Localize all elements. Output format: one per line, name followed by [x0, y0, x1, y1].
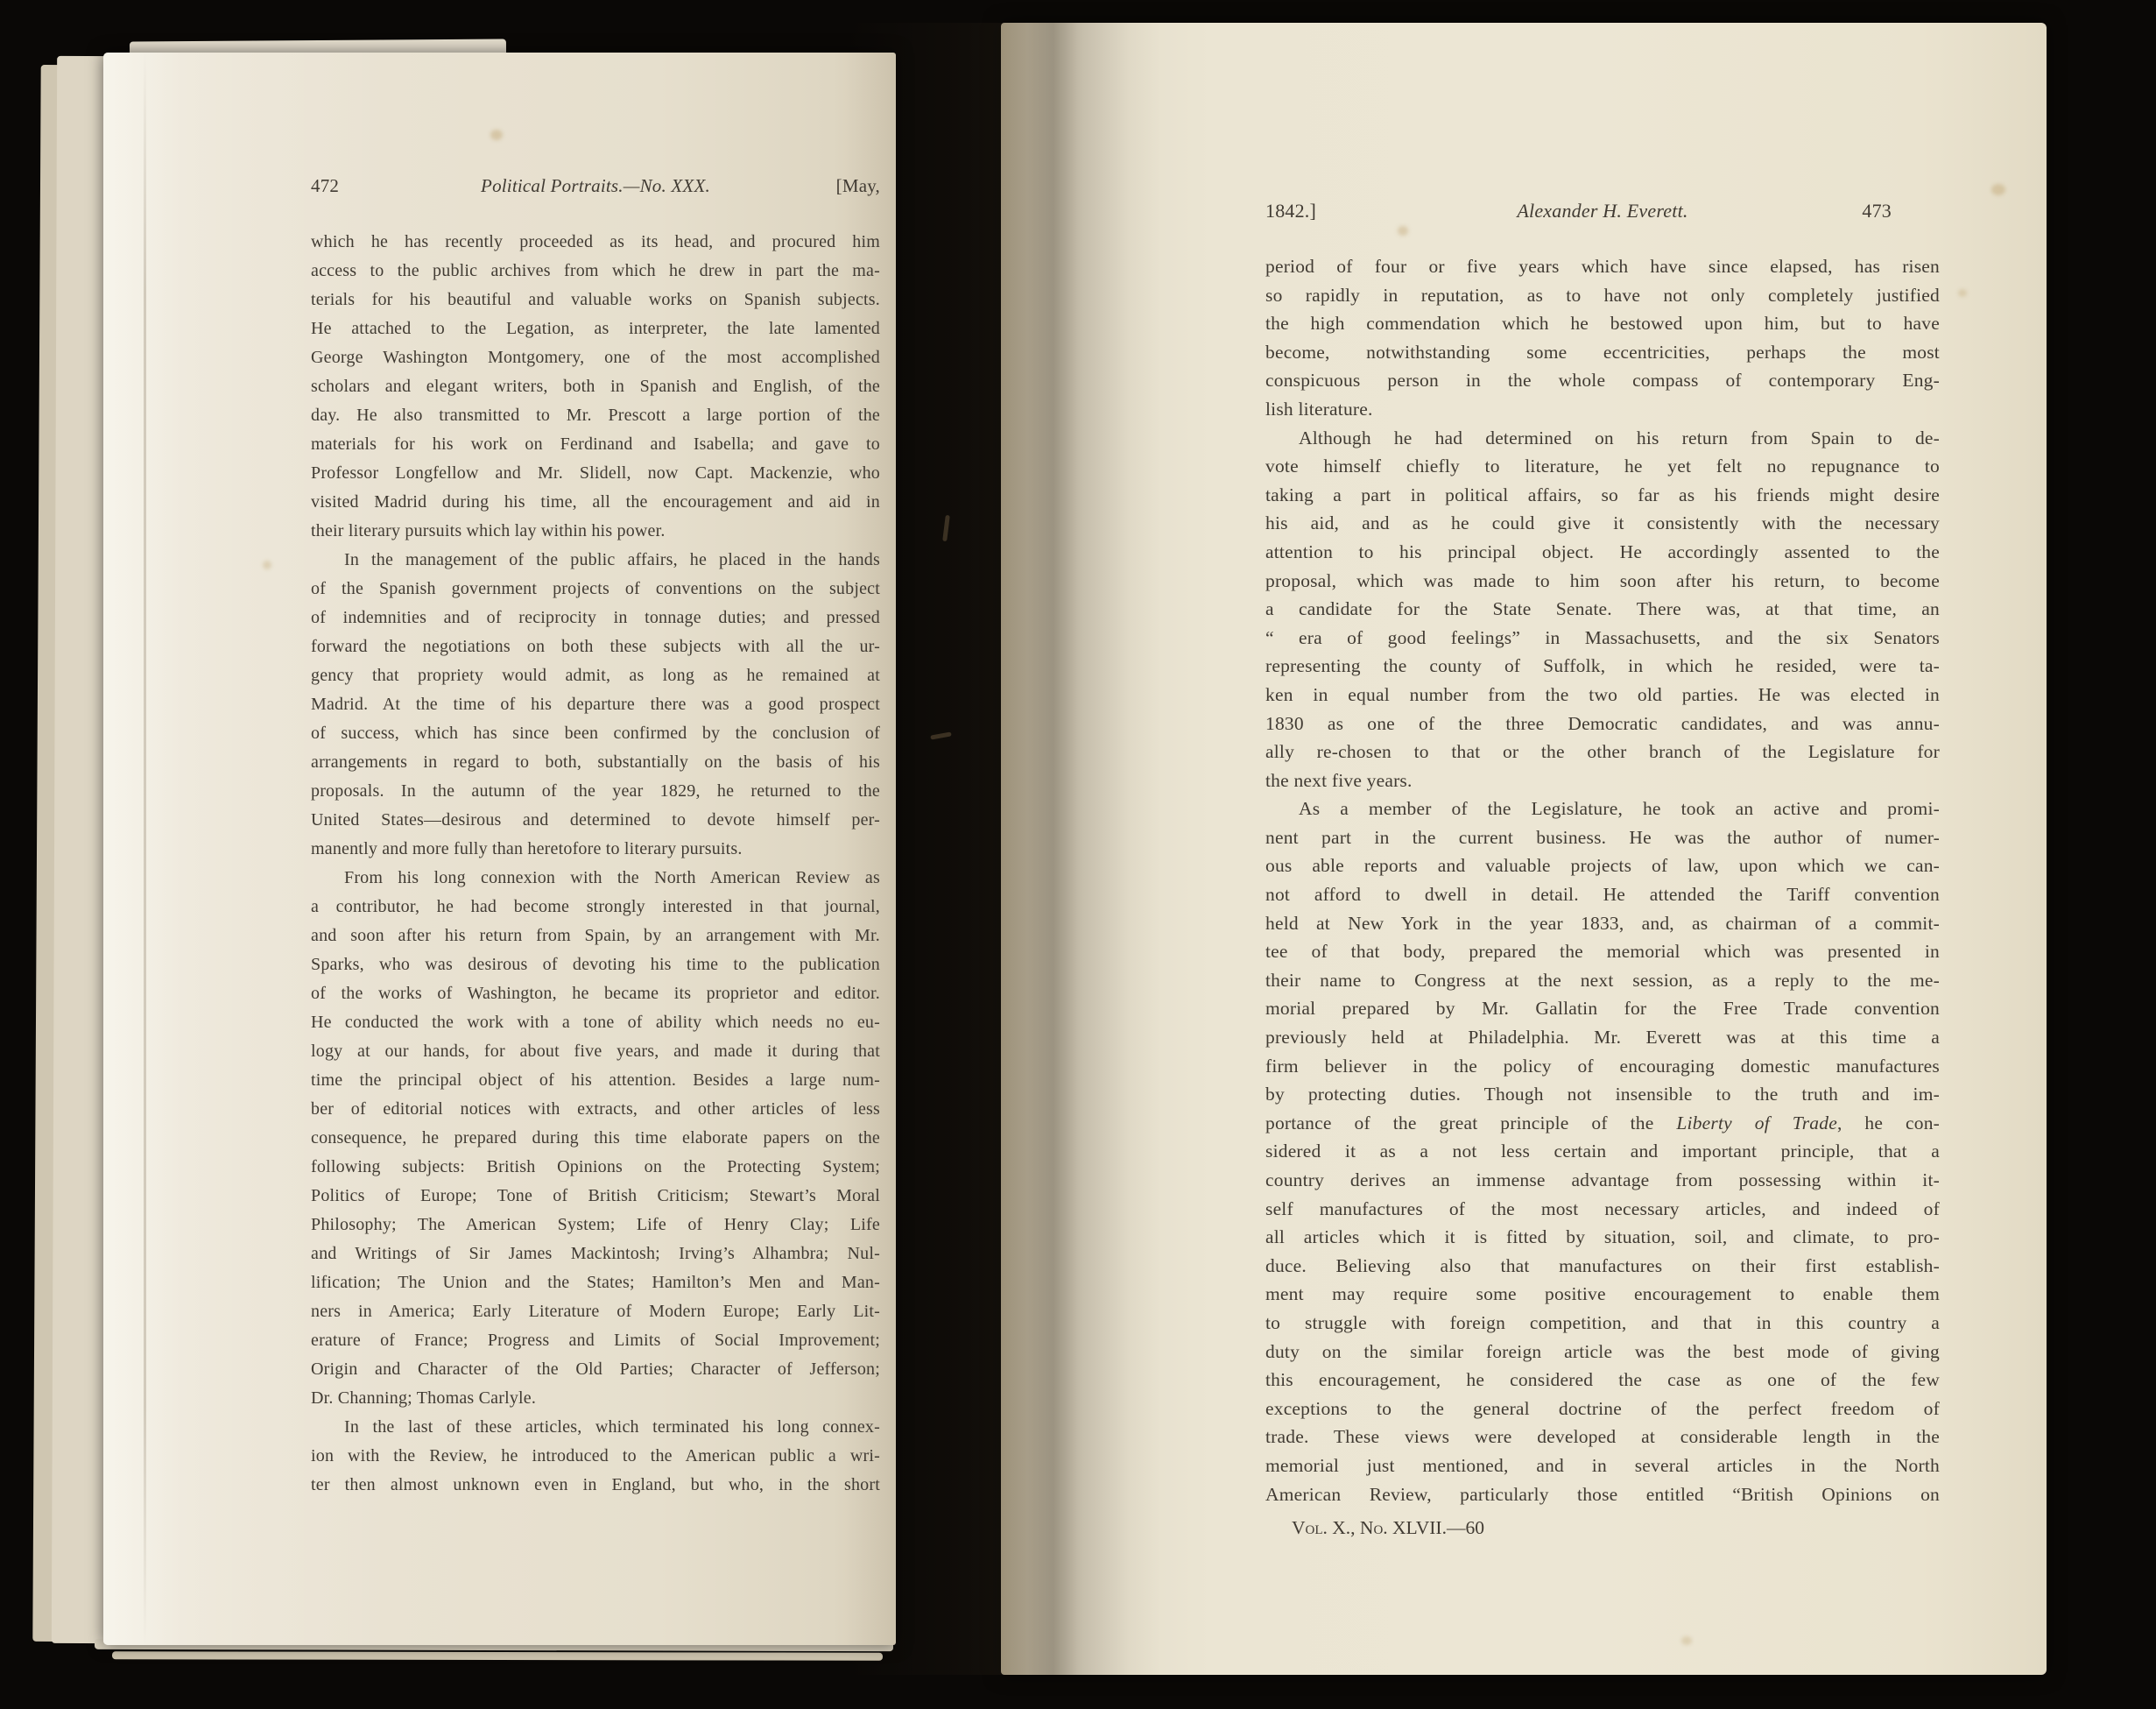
text-line: Madrid. At the time of his departure the…: [311, 690, 880, 719]
binding-stitch: [942, 515, 950, 541]
text-line: time the principal object of his attenti…: [311, 1066, 880, 1095]
text-line: Sparks, who was desirous of devoting his…: [311, 950, 880, 979]
left-date-mark: [May,: [836, 175, 880, 197]
text-line: erature of France; Progress and Limits o…: [311, 1326, 880, 1355]
text-line: a contributor, he had become strongly in…: [311, 893, 880, 922]
text-line: proposal, which was made to him soon aft…: [1265, 567, 1940, 596]
text-line: manently and more fully than heretofore …: [311, 835, 880, 864]
text-line: consequence, he prepared during this tim…: [311, 1124, 880, 1153]
text-line: ous able reports and valuable projects o…: [1265, 851, 1940, 880]
text-line: their literary pursuits which lay within…: [311, 517, 880, 546]
binding-stitch: [930, 731, 952, 739]
text-line: portance of the great principle of the L…: [1265, 1109, 1940, 1138]
text-line: a candidate for the State Senate. There …: [1265, 595, 1940, 624]
text-line: representing the county of Suffolk, in w…: [1265, 652, 1940, 681]
text-line: day. He also transmitted to Mr. Prescott…: [311, 401, 880, 430]
text-line: George Washington Montgomery, one of the…: [311, 343, 880, 372]
text-line: ter then almost unknown even in England,…: [311, 1471, 880, 1500]
text-line: duty on the similar foreign article was …: [1265, 1338, 1940, 1366]
left-page: 472 Political Portraits.—No. XXX. [May, …: [103, 53, 896, 1645]
text-line: of indemnities and of reciprocity in ton…: [311, 604, 880, 632]
text-line: materials for his work on Ferdinand and …: [311, 430, 880, 459]
text-line: logy at our hands, for about five years,…: [311, 1037, 880, 1066]
text-line: Politics of Europe; Tone of British Crit…: [311, 1182, 880, 1211]
text-line: As a member of the Legislature, he took …: [1265, 794, 1940, 823]
text-line: forward the negotiations on both these s…: [311, 632, 880, 661]
text-line: ment may require some positive encourage…: [1265, 1280, 1940, 1309]
text-line: memorial just mentioned, and in several …: [1265, 1451, 1940, 1480]
text-line: ken in equal number from the two old par…: [1265, 681, 1940, 710]
text-line: exceptions to the general doctrine of th…: [1265, 1395, 1940, 1423]
text-line: and soon after his return from Spain, by…: [311, 922, 880, 950]
text-line: In the last of these articles, which ter…: [311, 1413, 880, 1442]
volume-footer-text: Vol. X., No. XLVII.—60: [1292, 1517, 1484, 1538]
text-line: of the Spanish government projects of co…: [311, 575, 880, 604]
text-line: American Review, particularly those enti…: [1265, 1480, 1940, 1509]
text-line: From his long connexion with the North A…: [311, 864, 880, 893]
text-line: He conducted the work with a tone of abi…: [311, 1008, 880, 1037]
text-line: conspicuous person in the whole compass …: [1265, 366, 1940, 395]
text-line: to struggle with foreign competition, an…: [1265, 1309, 1940, 1338]
right-page-number: 473: [1862, 200, 1892, 222]
text-line: of success, which has since been confirm…: [311, 719, 880, 748]
right-running-title: Alexander H. Everett.: [1265, 200, 1940, 222]
text-line: Dr. Channing; Thomas Carlyle.: [311, 1384, 880, 1413]
text-line: the high commendation which he bestowed …: [1265, 309, 1940, 338]
text-line: duce. Believing also that manufactures o…: [1265, 1252, 1940, 1281]
text-line: “ era of good feelings” in Massachusetts…: [1265, 624, 1940, 653]
left-page-body: which he has recently proceeded as its h…: [311, 228, 880, 1515]
text-line: Philosophy; The American System; Life of…: [311, 1211, 880, 1239]
text-line: which he has recently proceeded as its h…: [311, 228, 880, 257]
left-running-title: Political Portraits.—No. XXX.: [311, 175, 880, 197]
text-line: held at New York in the year 1833, and, …: [1265, 909, 1940, 938]
text-line: vote himself chiefly to literature, he y…: [1265, 452, 1940, 481]
text-line: so rapidly in reputation, as to have not…: [1265, 281, 1940, 310]
text-line: become, notwithstanding some eccentricit…: [1265, 338, 1940, 367]
text-line: taking a part in political affairs, so f…: [1265, 481, 1940, 510]
text-line: terials for his beautiful and valuable w…: [311, 286, 880, 314]
text-line: Although he had determined on his return…: [1265, 424, 1940, 453]
text-line: trade. These views were developed at con…: [1265, 1423, 1940, 1451]
book-scan: 472 Political Portraits.—No. XXX. [May, …: [0, 0, 2156, 1709]
right-page: 1842.] Alexander H. Everett. 473 period …: [1001, 23, 2047, 1675]
text-line: following subjects: British Opinions on …: [311, 1153, 880, 1182]
text-line: access to the public archives from which…: [311, 257, 880, 286]
text-line: scholars and elegant writers, both in Sp…: [311, 372, 880, 401]
text-line: and Writings of Sir James Mackintosh; Ir…: [311, 1239, 880, 1268]
text-line: arrangements in regard to both, substant…: [311, 748, 880, 777]
text-line: self manufactures of the most necessary …: [1265, 1195, 1940, 1224]
text-line: Professor Longfellow and Mr. Slidell, no…: [311, 459, 880, 488]
text-line: tee of that body, prepared the memorial …: [1265, 937, 1940, 966]
page-edge: [112, 1651, 883, 1661]
text-line: lification; The Union and the States; Ha…: [311, 1268, 880, 1297]
text-line: ion with the Review, he introduced to th…: [311, 1442, 880, 1471]
text-line: their name to Congress at the next sessi…: [1265, 966, 1940, 995]
text-line: visited Madrid during his time, all the …: [311, 488, 880, 517]
text-line: In the management of the public affairs,…: [311, 546, 880, 575]
text-line: Origin and Character of the Old Parties;…: [311, 1355, 880, 1384]
text-line: the next five years.: [1265, 766, 1940, 795]
text-line: 1830 as one of the three Democratic cand…: [1265, 710, 1940, 738]
text-line: morial prepared by Mr. Gallatin for the …: [1265, 994, 1940, 1023]
text-line: all articles which it is fitted by situa…: [1265, 1223, 1940, 1252]
text-line: previously held at Philadelphia. Mr. Eve…: [1265, 1023, 1940, 1052]
text-line: nent part in the current business. He wa…: [1265, 823, 1940, 852]
text-line: not afford to dwell in detail. He attend…: [1265, 880, 1940, 909]
text-line: United States—desirous and determined to…: [311, 806, 880, 835]
right-page-header: 1842.] Alexander H. Everett. 473: [1265, 200, 1940, 226]
text-line: proposals. In the autumn of the year 182…: [311, 777, 880, 806]
left-page-header: 472 Political Portraits.—No. XXX. [May,: [311, 175, 880, 201]
text-line: lish literature.: [1265, 395, 1940, 424]
text-line: by protecting duties. Though not insensi…: [1265, 1080, 1940, 1109]
text-line: firm believer in the policy of encouragi…: [1265, 1052, 1940, 1081]
page-fold-crease: [144, 53, 146, 1645]
text-line: He attached to the Legation, as interpre…: [311, 314, 880, 343]
text-line: attention to his principal object. He ac…: [1265, 538, 1940, 567]
text-line: ally re-chosen to that or the other bran…: [1265, 738, 1940, 766]
text-line: sidered it as a not less certain and imp…: [1265, 1137, 1940, 1166]
text-line: ners in America; Early Literature of Mod…: [311, 1297, 880, 1326]
text-line: period of four or five years which have …: [1265, 252, 1940, 281]
text-line: this encouragement, he considered the ca…: [1265, 1366, 1940, 1395]
text-line: ber of editorial notices with extracts, …: [311, 1095, 880, 1124]
text-line: his aid, and as he could give it consist…: [1265, 509, 1940, 538]
text-line: of the works of Washington, he became it…: [311, 979, 880, 1008]
volume-footer: Vol. X., No. XLVII.—60: [1292, 1517, 1484, 1539]
text-line: country derives an immense advantage fro…: [1265, 1166, 1940, 1195]
right-page-body: period of four or five years which have …: [1265, 252, 1940, 1514]
text-line: gency that propriety would admit, as lon…: [311, 661, 880, 690]
